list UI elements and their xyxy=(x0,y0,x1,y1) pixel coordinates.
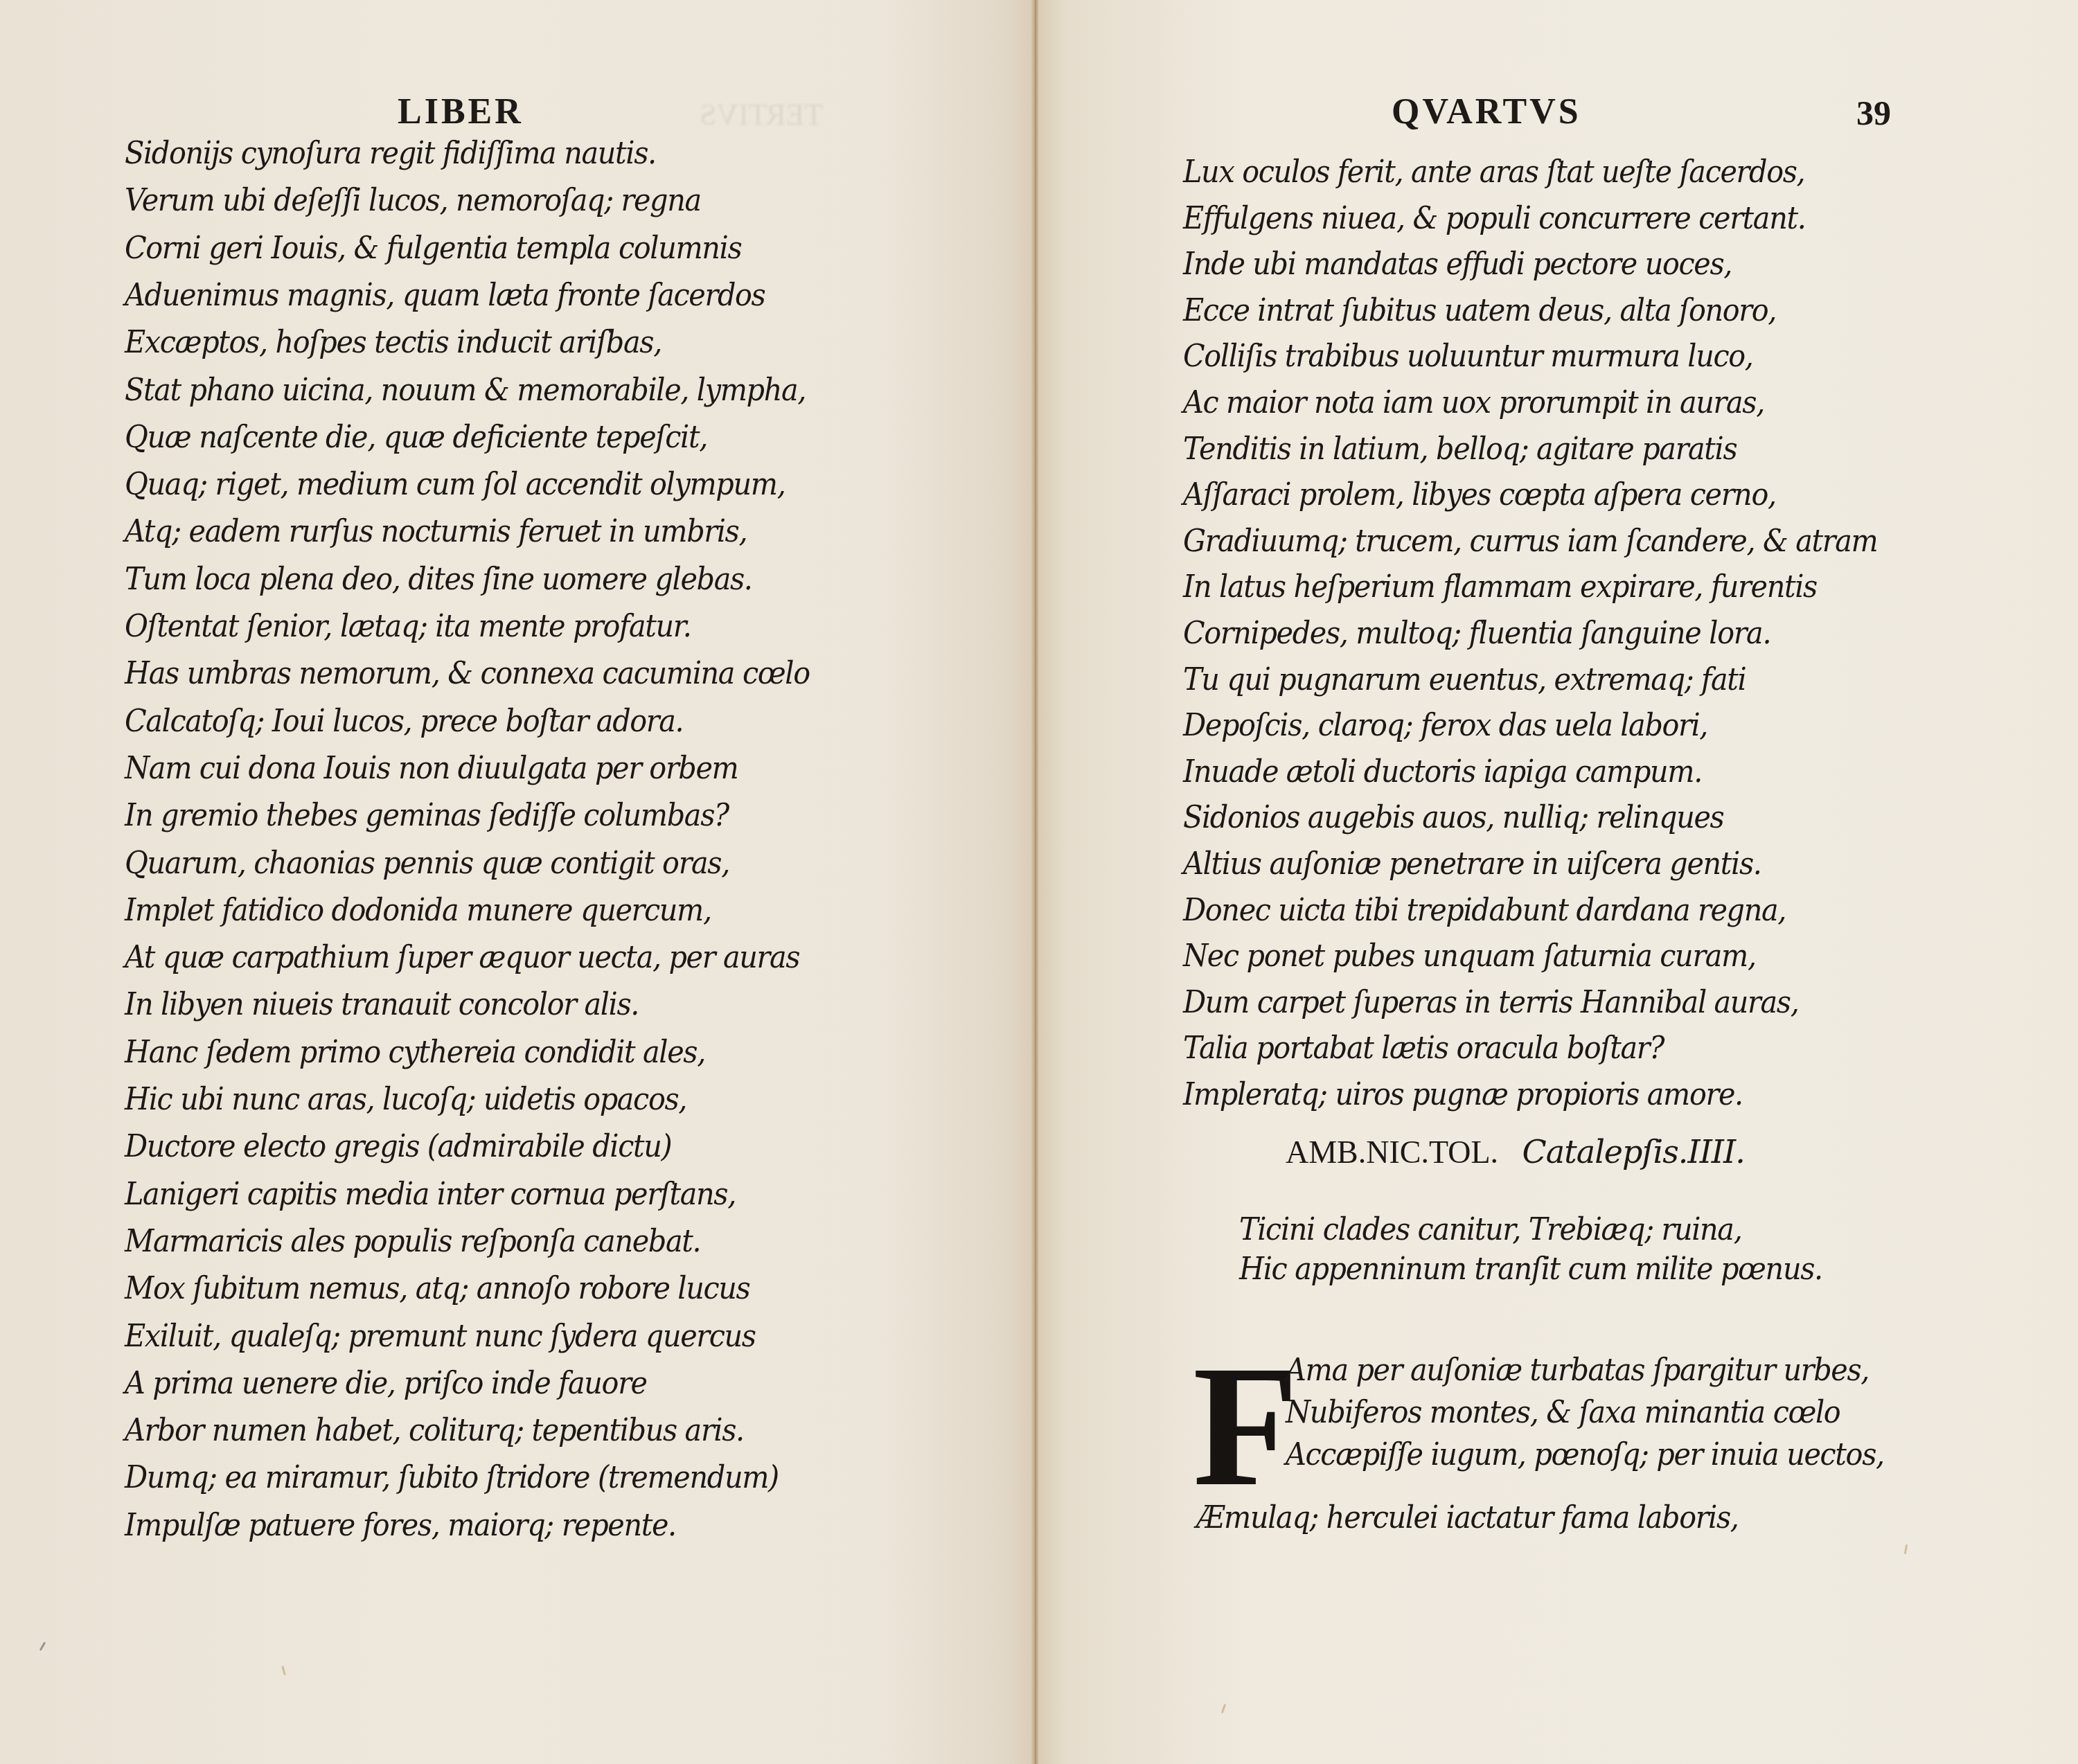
verse-line: Tu qui pugnarum euentus, extremaq; fati xyxy=(1183,663,1746,695)
verse-line: Ecce intrat ſubitus uatem deus, alta ſon… xyxy=(1183,294,1776,326)
verse-line: Mox ſubitum nemus, atq; annoſo robore lu… xyxy=(125,1272,749,1303)
verse-line: Ductore electo gregis (admirabile dictu) xyxy=(125,1130,671,1161)
verse-line: Colliſis trabibus uoluuntur murmura luco… xyxy=(1183,340,1753,371)
verse-line: Inuade ætoli ductoris iapiga campum. xyxy=(1183,756,1702,787)
right-page: QVARTVS 39 Lux oculos ferit, ante aras ſ… xyxy=(1036,0,2078,1764)
verse-line: Exiluit, qualeſq; premunt nunc ſydera qu… xyxy=(125,1320,756,1351)
verse-line: At quæ carpathium ſuper æquor uecta, per… xyxy=(125,941,799,972)
drop-cap-initial: F xyxy=(1193,1340,1299,1513)
verse-line: Dum carpet ſuperas in terris Hannibal au… xyxy=(1183,986,1798,1017)
book-gutter xyxy=(1031,0,1039,1764)
verse-line: Oſtentat ſenior, lætaq; ita mente profat… xyxy=(125,610,691,641)
verse-line: Hanc ſedem primo cythereia condidit ales… xyxy=(125,1036,705,1067)
verse-line: Ac maior nota iam uox prorumpit in auras… xyxy=(1183,386,1764,418)
verse-line: In latus heſperium flammam expirare, fur… xyxy=(1183,571,1817,602)
verse-line: Tenditis in latium, belloq; agitare para… xyxy=(1183,433,1737,464)
verse-line: Cornipedes, multoq; fluentia ſanguine lo… xyxy=(1183,617,1770,648)
section-heading: AMB.NIC.TOL. Catalepſis.IIII. xyxy=(1286,1136,1745,1168)
running-head-left: LIBER xyxy=(398,94,524,130)
verse-line: Altius auſoniæ penetrare in uiſcera gent… xyxy=(1183,848,1761,879)
verse-line: Arbor numen habet, coliturq; tepentibus … xyxy=(125,1414,744,1445)
verse-line: Hic ubi nunc aras, lucoſq; uidetis opaco… xyxy=(125,1083,686,1114)
verse-line: Donec uicta tibi trepidabunt dardana reg… xyxy=(1183,894,1786,925)
verse-line: Inde ubi mandatas effudi pectore uoces, xyxy=(1183,248,1732,279)
verse-line: Has umbras nemorum, & connexa cacumina c… xyxy=(125,657,810,688)
verse-line: Ticini clades canitur, Trebiæq; ruina, xyxy=(1239,1213,1741,1245)
verse-line: Quæ naſcente die, quæ deficiente tepeſci… xyxy=(125,421,707,452)
bleed-through-text: TERTIVS xyxy=(700,97,823,132)
verse-line: Impulſæ patuere fores, maiorq; repente. xyxy=(125,1509,676,1540)
verse-line: A prima uenere die, priſco inde fauore xyxy=(125,1367,647,1398)
left-page: TERTIVS LIBER Sidonijs cynoſura regit fi… xyxy=(0,0,1036,1764)
section-heading-author: AMB.NIC.TOL. xyxy=(1286,1134,1498,1170)
verse-line: Lanigeri capitis media inter cornua perſ… xyxy=(125,1178,736,1209)
verse-line: Gradiuumq; trucem, currus iam ſcandere, … xyxy=(1183,525,1877,556)
verse-line: Tum loca plena deo, dites ſine uomere gl… xyxy=(125,563,752,594)
verse-line: Marmaricis ales populis reſponſa canebat… xyxy=(125,1225,700,1256)
verse-line: Calcatoſq; Ioui lucos, prece boſtar ador… xyxy=(125,705,683,736)
verse-line: Nec ponet pubes unquam ſaturnia curam, xyxy=(1183,940,1756,971)
verse-line: Sidonijs cynoſura regit fidiſſima nautis… xyxy=(125,137,656,168)
verse-line: Talia portabat lætis oracula boſtar? xyxy=(1183,1032,1664,1063)
verse-line: Atq; eadem rurſus nocturnis feruet in um… xyxy=(125,515,747,546)
verse-line: Ama per auſoniæ turbatas ſpargitur urbes… xyxy=(1286,1354,1869,1385)
verse-line: Æmulaq; herculei iactatur fama laboris, xyxy=(1196,1502,1739,1533)
verse-line: Impleratq; uiros pugnæ propioris amore. xyxy=(1183,1078,1743,1110)
verse-line: In gremio thebes geminas ſediſſe columba… xyxy=(125,799,729,830)
verse-line: Depoſcis, claroq; ferox das uela labori, xyxy=(1183,709,1707,740)
verse-line: Accæpiſſe iugum, pœnoſq; per inuia uecto… xyxy=(1286,1438,1884,1470)
verse-line: Quarum, chaonias pennis quæ contigit ora… xyxy=(125,847,729,878)
verse-line: Sidonios augebis auos, nulliq; relinques xyxy=(1183,801,1723,832)
verse-line: Nam cui dona Iouis non diuulgata per orb… xyxy=(125,752,738,783)
verse-line: Effulgens niuea, & populi concurrere cer… xyxy=(1183,202,1805,233)
page-number: 39 xyxy=(1856,96,1891,130)
verse-line: Lux oculos ferit, ante aras ſtat ueſte ſ… xyxy=(1183,156,1804,187)
verse-line: Nubiferos montes, & ſaxa minantia cœlo xyxy=(1286,1396,1840,1427)
running-head-right: QVARTVS xyxy=(1392,94,1581,130)
section-heading-book: Catalepſis.IIII. xyxy=(1522,1133,1745,1170)
verse-line: Verum ubi deſeſſi lucos, nemoroſaq; regn… xyxy=(125,184,701,215)
verse-line: Implet fatidico dodonida munere quercum, xyxy=(125,894,711,925)
verse-line: Stat phano uicina, nouum & memorabile, l… xyxy=(125,374,806,405)
verse-line: In libyen niueis tranauit concolor alis. xyxy=(125,988,639,1019)
verse-line: Aduenimus magnis, quam læta fronte ſacer… xyxy=(125,279,765,310)
verse-line: Excæptos, hoſpes tectis inducit ariſbas, xyxy=(125,326,661,357)
verse-line: Corni geri Iouis, & fulgentia templa col… xyxy=(125,232,741,263)
verse-line: Quaq; riget, medium cum ſol accendit oly… xyxy=(125,468,785,499)
verse-line: Aſſaraci prolem, libyes cœpta aſpera cer… xyxy=(1183,479,1776,510)
verse-line: Dumq; ea miramur, ſubito ſtridore (treme… xyxy=(125,1461,779,1493)
verse-line: Hic appenninum tranſit cum milite pœnus. xyxy=(1239,1253,1822,1284)
